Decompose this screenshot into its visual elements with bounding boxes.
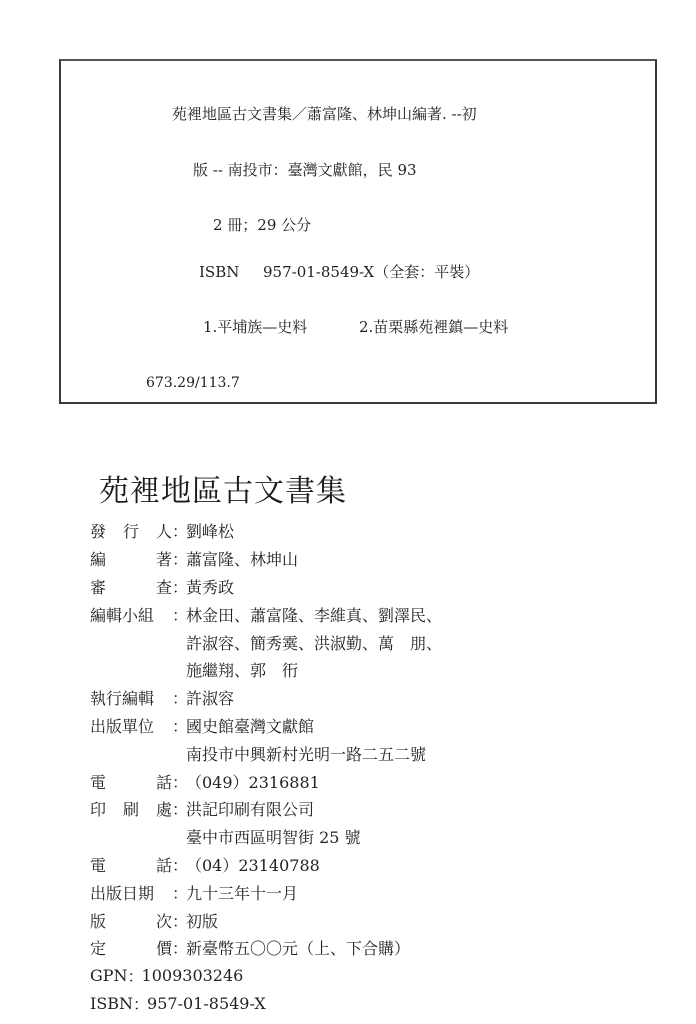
label-editors: 編 著 [90,547,172,570]
value-editorial-team: 林金田、蕭富隆、李維真、劉澤民、 [186,603,442,626]
label-char: 執行編輯 [90,686,154,709]
colophon-row-publisher: 發 行 人 ： 劉峰松 [90,517,442,545]
value-reviewer: 黃秀政 [186,575,234,598]
colon: ： [172,936,186,959]
label-char: 編 [90,547,106,570]
colophon-row-publisher-address: 南投市中興新村光明一路二五二號 [90,739,442,767]
cip-call-number: 673.29/113.7 [146,373,240,393]
colon: ： [172,881,186,904]
value-publication-date: 九十三年十一月 [186,881,298,904]
label-publication-date: 出版日期 [90,881,172,904]
colon: ： [172,853,186,876]
cip-physical-description: 2 冊；29 公分 [213,215,311,235]
cip-isbn-value: 957-01-8549-X（全套：平裝） [263,262,479,282]
value-edition: 初版 [186,909,218,932]
label-char: 出版日期 [90,881,154,904]
label-char: 話 [156,770,172,793]
value-publisher-phone: （049）2316881 [186,770,320,793]
label-char: 著 [156,547,172,570]
label-char: 刷 [123,797,139,820]
colophon-row-editors: 編 著 ： 蕭富隆、林坤山 [90,545,442,573]
label-price: 定 價 [90,936,172,959]
label-phone: 電 話 [90,853,172,876]
cip-subject-1: 1.平埔族—史料 [203,317,307,337]
value-publishing-unit: 國史館臺灣文獻館 [186,714,314,737]
value-printer: 洪記印刷有限公司 [186,797,314,820]
cip-publication-line: 版 -- 南投市：臺灣文獻館，民 93 [193,160,417,180]
colophon-row-publication-date: 出版日期 ： 九十三年十一月 [90,878,442,906]
value-gpn: 1009303246 [142,966,244,985]
label-char: 次 [156,909,172,932]
label-phone: 電 話 [90,770,172,793]
colon: ： [172,770,186,793]
label-char: 人 [156,519,172,542]
colon: ： [128,964,142,987]
colon: ： [172,686,186,709]
colophon-row-isbn: ISBN ： 957-01-8549-X [90,990,442,1018]
colophon-row-executive-editor: 執行編輯 ： 許淑容 [90,684,442,712]
colon: ： [172,519,186,542]
label-reviewer: 審 查 [90,575,172,598]
label-char: 處 [156,797,172,820]
value-printer-phone: （04）23140788 [186,853,320,876]
colophon-row-editorial-team-cont: 許淑容、簡秀霙、洪淑勤、萬 朋、 [90,628,442,656]
cip-title-line: 苑裡地區古文書集／蕭富隆、林坤山編著. --初 [172,104,477,124]
value-printer-address: 臺中市西區明智街 25 號 [186,825,361,848]
colophon-row-printer-phone: 電 話 ： （04）23140788 [90,851,442,879]
label-char: 編輯小組 [90,603,154,626]
label-publisher: 發 行 人 [90,519,172,542]
label-char: 電 [90,770,106,793]
label-isbn: ISBN [90,994,133,1013]
colon: ： [133,992,147,1015]
colophon-row-edition: 版 次 ： 初版 [90,906,442,934]
colophon-row-price: 定 價 ： 新臺幣五〇〇元（上、下合購） [90,934,442,962]
value-publisher: 劉峰松 [186,519,234,542]
label-char: 發 [90,519,106,542]
colon: ： [172,909,186,932]
colon: ： [172,575,186,598]
book-title: 苑裡地區古文書集 [99,472,347,512]
label-char: ISBN [90,994,133,1013]
colon: ： [172,603,186,626]
label-char: 價 [156,936,172,959]
colophon-row-gpn: GPN ： 1009303246 [90,962,442,990]
label-char: 行 [123,519,139,542]
label-char: 電 [90,853,106,876]
colophon: 發 行 人 ： 劉峰松 編 著 ： 蕭富隆、林坤山 審 查 ： 黃秀政 編輯小組… [90,517,442,1017]
label-char: 定 [90,936,106,959]
colophon-row-publishing-unit: 出版單位 ： 國史館臺灣文獻館 [90,712,442,740]
label-gpn: GPN [90,966,128,985]
label-char: 印 [90,797,106,820]
colon: ： [172,547,186,570]
label-edition: 版 次 [90,909,172,932]
colon: ： [172,714,186,737]
label-char: 審 [90,575,106,598]
colophon-row-reviewer: 審 查 ： 黃秀政 [90,573,442,601]
cip-isbn-label: ISBN [199,262,239,282]
colophon-row-editorial-team: 編輯小組 ： 林金田、蕭富隆、李維真、劉澤民、 [90,600,442,628]
colophon-row-editorial-team-cont: 施繼翔、郭 衎 [90,656,442,684]
value-editorial-team-3: 施繼翔、郭 衎 [186,658,298,681]
value-publisher-address: 南投市中興新村光明一路二五二號 [186,742,426,765]
label-char: GPN [90,966,128,985]
label-editorial-team: 編輯小組 [90,603,172,626]
label-executive-editor: 執行編輯 [90,686,172,709]
label-printer: 印 刷 處 [90,797,172,820]
label-char: 版 [90,909,106,932]
label-char: 出版單位 [90,714,154,737]
value-executive-editor: 許淑容 [186,686,234,709]
colophon-row-printer: 印 刷 處 ： 洪記印刷有限公司 [90,795,442,823]
label-publishing-unit: 出版單位 [90,714,172,737]
label-char: 查 [156,575,172,598]
value-isbn: 957-01-8549-X [147,994,266,1013]
value-editors: 蕭富隆、林坤山 [186,547,298,570]
colophon-row-printer-address: 臺中市西區明智街 25 號 [90,823,442,851]
colophon-row-publisher-phone: 電 話 ： （049）2316881 [90,767,442,795]
value-editorial-team-2: 許淑容、簡秀霙、洪淑勤、萬 朋、 [186,631,442,654]
cip-subject-2: 2.苗栗縣苑裡鎮—史料 [359,317,508,337]
colon: ： [172,797,186,820]
value-price: 新臺幣五〇〇元（上、下合購） [186,936,410,959]
label-char: 話 [156,853,172,876]
